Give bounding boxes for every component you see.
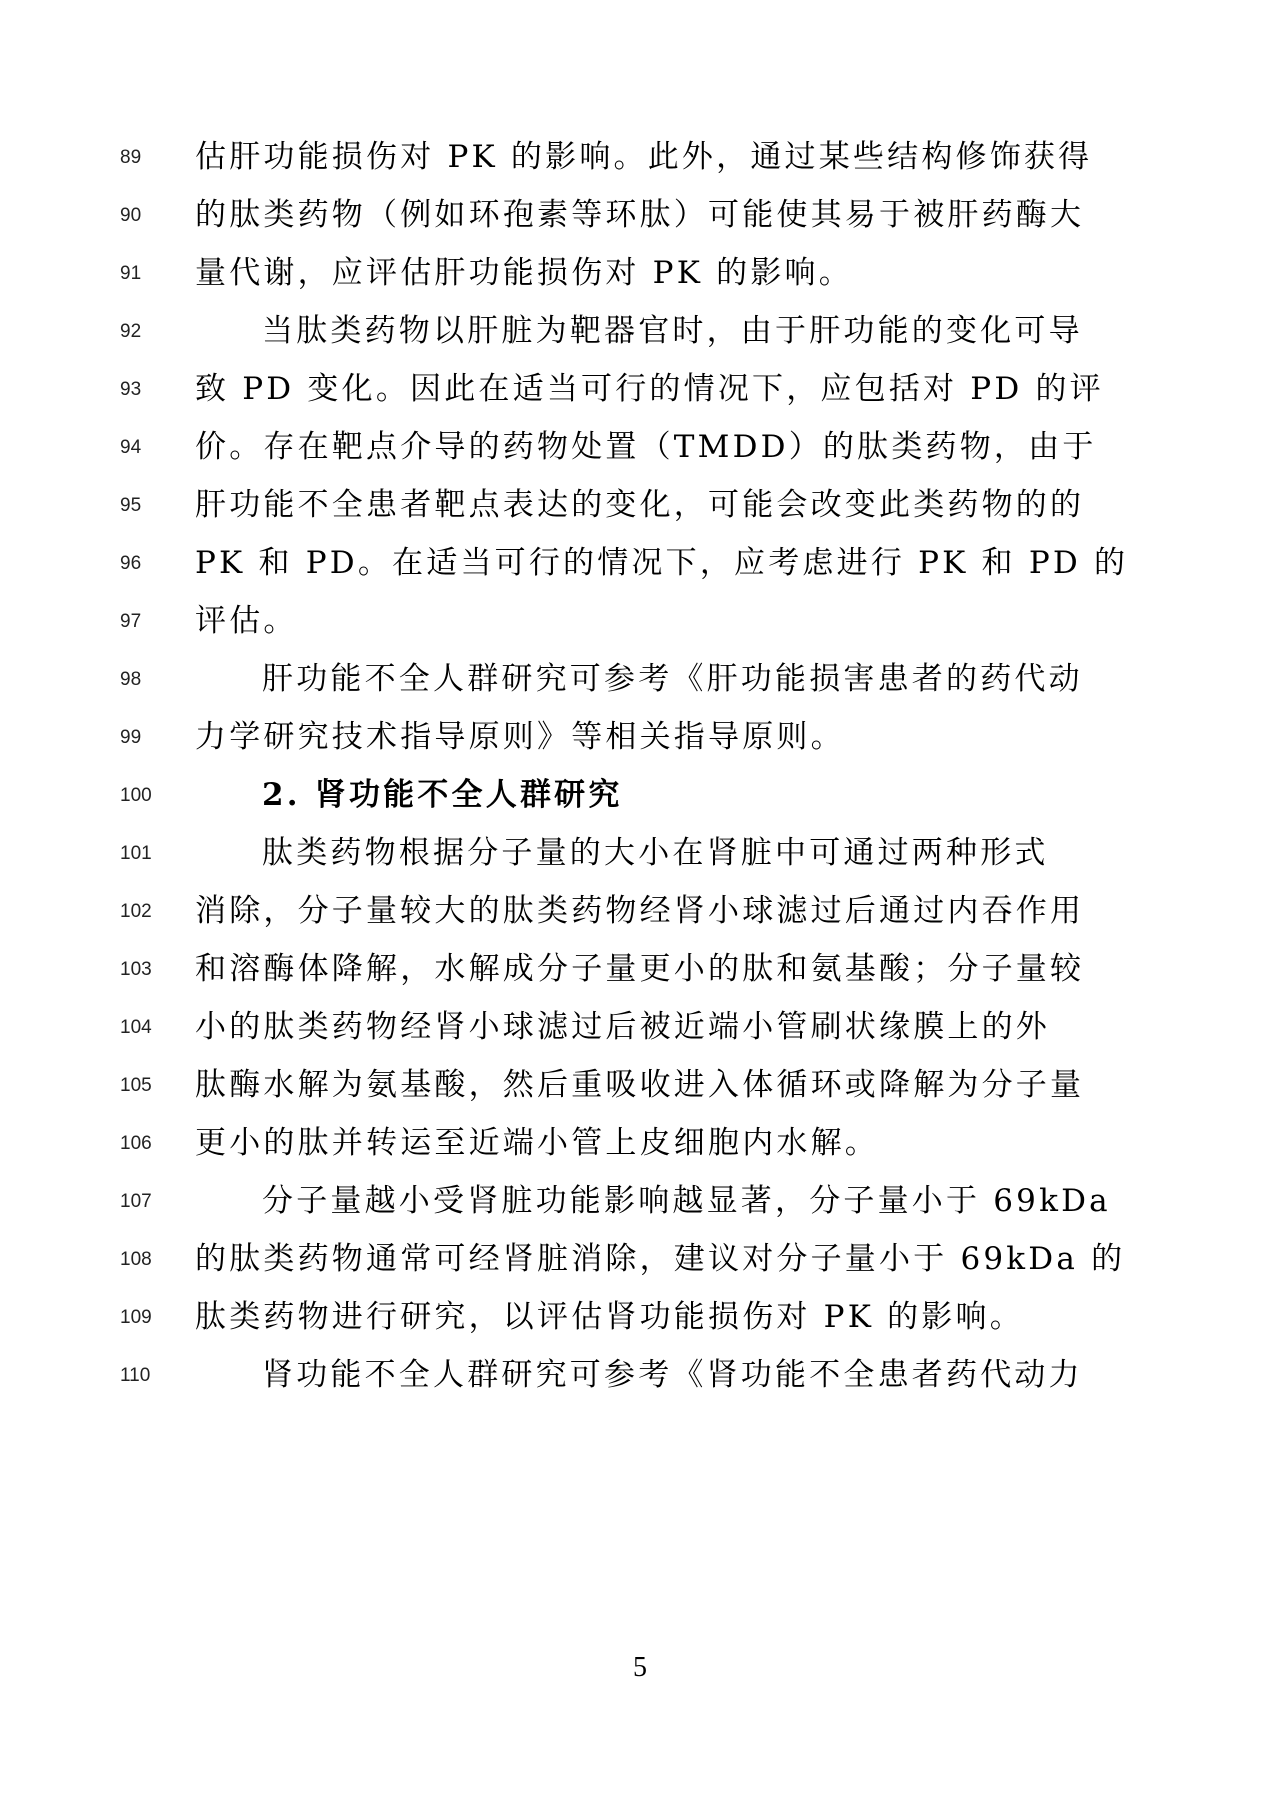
section-heading: 2. 肾功能不全人群研究 — [262, 775, 623, 815]
line-text: 力学研究技术指导原则》等相关指导原则。 — [195, 717, 845, 757]
line-number: 110 — [120, 1365, 180, 1387]
line-number: 92 — [120, 321, 180, 343]
line-number: 102 — [120, 901, 180, 923]
line-text: 肽类药物根据分子量的大小在肾脏中可通过两种形式 — [262, 833, 1049, 873]
line-number: 97 — [120, 611, 180, 633]
line-text: 量代谢，应评估肝功能损伤对 PK 的影响。 — [195, 253, 853, 293]
line-number: 95 — [120, 495, 180, 517]
line-number: 96 — [120, 553, 180, 575]
line-number: 89 — [120, 147, 180, 169]
line-text: 的肽类药物（例如环孢素等环肽）可能使其易于被肝药酶大 — [195, 195, 1084, 235]
line-text: 消除，分子量较大的肽类药物经肾小球滤过后通过内吞作用 — [195, 891, 1084, 931]
line-number: 108 — [120, 1249, 180, 1271]
text-line: 96PK 和 PD。在适当可行的情况下，应考虑进行 PK 和 PD 的 — [0, 543, 1280, 583]
line-number: 100 — [120, 785, 180, 807]
line-number: 107 — [120, 1191, 180, 1213]
text-line: 108的肽类药物通常可经肾脏消除，建议对分子量小于 69kDa 的 — [0, 1239, 1280, 1279]
line-number: 104 — [120, 1017, 180, 1039]
section-heading-line: 1002. 肾功能不全人群研究 — [0, 775, 1280, 815]
text-line: 93致 PD 变化。因此在适当可行的情况下，应包括对 PD 的评 — [0, 369, 1280, 409]
text-line: 103和溶酶体降解，水解成分子量更小的肽和氨基酸；分子量较 — [0, 949, 1280, 989]
line-text: 分子量越小受肾脏功能影响越显著，分子量小于 69kDa — [262, 1181, 1111, 1221]
text-line: 101肽类药物根据分子量的大小在肾脏中可通过两种形式 — [0, 833, 1280, 873]
text-line: 109肽类药物进行研究，以评估肾功能损伤对 PK 的影响。 — [0, 1297, 1280, 1337]
line-text: 肽酶水解为氨基酸，然后重吸收进入体循环或降解为分子量 — [195, 1065, 1084, 1105]
line-text: 肾功能不全人群研究可参考《肾功能不全患者药代动力 — [262, 1355, 1083, 1395]
document-page: 89估肝功能损伤对 PK 的影响。此外，通过某些结构修饰获得90的肽类药物（例如… — [0, 0, 1280, 1810]
line-text: 肝功能不全人群研究可参考《肝功能损害患者的药代动 — [262, 659, 1083, 699]
line-text: 估肝功能损伤对 PK 的影响。此外，通过某些结构修饰获得 — [195, 137, 1092, 177]
text-line: 90的肽类药物（例如环孢素等环肽）可能使其易于被肝药酶大 — [0, 195, 1280, 235]
line-number: 103 — [120, 959, 180, 981]
text-line: 92当肽类药物以肝脏为靶器官时，由于肝功能的变化可导 — [0, 311, 1280, 351]
line-number: 94 — [120, 437, 180, 459]
text-line: 97评估。 — [0, 601, 1280, 641]
text-line: 106更小的肽并转运至近端小管上皮细胞内水解。 — [0, 1123, 1280, 1163]
line-text: 当肽类药物以肝脏为靶器官时，由于肝功能的变化可导 — [262, 311, 1083, 351]
line-text: 致 PD 变化。因此在适当可行的情况下，应包括对 PD 的评 — [195, 369, 1104, 409]
line-number: 91 — [120, 263, 180, 285]
text-line: 99力学研究技术指导原则》等相关指导原则。 — [0, 717, 1280, 757]
text-line: 105肽酶水解为氨基酸，然后重吸收进入体循环或降解为分子量 — [0, 1065, 1280, 1105]
page-number: 5 — [0, 1652, 1280, 1684]
line-text: 和溶酶体降解，水解成分子量更小的肽和氨基酸；分子量较 — [195, 949, 1084, 989]
text-line: 89估肝功能损伤对 PK 的影响。此外，通过某些结构修饰获得 — [0, 137, 1280, 177]
line-number: 99 — [120, 727, 180, 749]
text-line: 95肝功能不全患者靶点表达的变化，可能会改变此类药物的的 — [0, 485, 1280, 525]
line-text: 的肽类药物通常可经肾脏消除，建议对分子量小于 69kDa 的 — [195, 1239, 1125, 1279]
line-number: 90 — [120, 205, 180, 227]
line-text: PK 和 PD。在适当可行的情况下，应考虑进行 PK 和 PD 的 — [195, 543, 1128, 583]
line-text: 更小的肽并转运至近端小管上皮细胞内水解。 — [195, 1123, 879, 1163]
line-number: 101 — [120, 843, 180, 865]
line-text: 价。存在靶点介导的药物处置（TMDD）的肽类药物，由于 — [195, 427, 1097, 467]
text-line: 110肾功能不全人群研究可参考《肾功能不全患者药代动力 — [0, 1355, 1280, 1395]
text-line: 91量代谢，应评估肝功能损伤对 PK 的影响。 — [0, 253, 1280, 293]
line-number: 93 — [120, 379, 180, 401]
line-text: 肽类药物进行研究，以评估肾功能损伤对 PK 的影响。 — [195, 1297, 1024, 1337]
line-text: 小的肽类药物经肾小球滤过后被近端小管刷状缘膜上的外 — [195, 1007, 1050, 1047]
text-line: 107分子量越小受肾脏功能影响越显著，分子量小于 69kDa — [0, 1181, 1280, 1221]
text-line: 104小的肽类药物经肾小球滤过后被近端小管刷状缘膜上的外 — [0, 1007, 1280, 1047]
line-text: 肝功能不全患者靶点表达的变化，可能会改变此类药物的的 — [195, 485, 1084, 525]
line-number: 106 — [120, 1133, 180, 1155]
line-number: 105 — [120, 1075, 180, 1097]
line-number: 109 — [120, 1307, 180, 1329]
line-text: 评估。 — [195, 601, 298, 641]
text-line: 94价。存在靶点介导的药物处置（TMDD）的肽类药物，由于 — [0, 427, 1280, 467]
text-line: 98肝功能不全人群研究可参考《肝功能损害患者的药代动 — [0, 659, 1280, 699]
line-number: 98 — [120, 669, 180, 691]
text-line: 102消除，分子量较大的肽类药物经肾小球滤过后通过内吞作用 — [0, 891, 1280, 931]
